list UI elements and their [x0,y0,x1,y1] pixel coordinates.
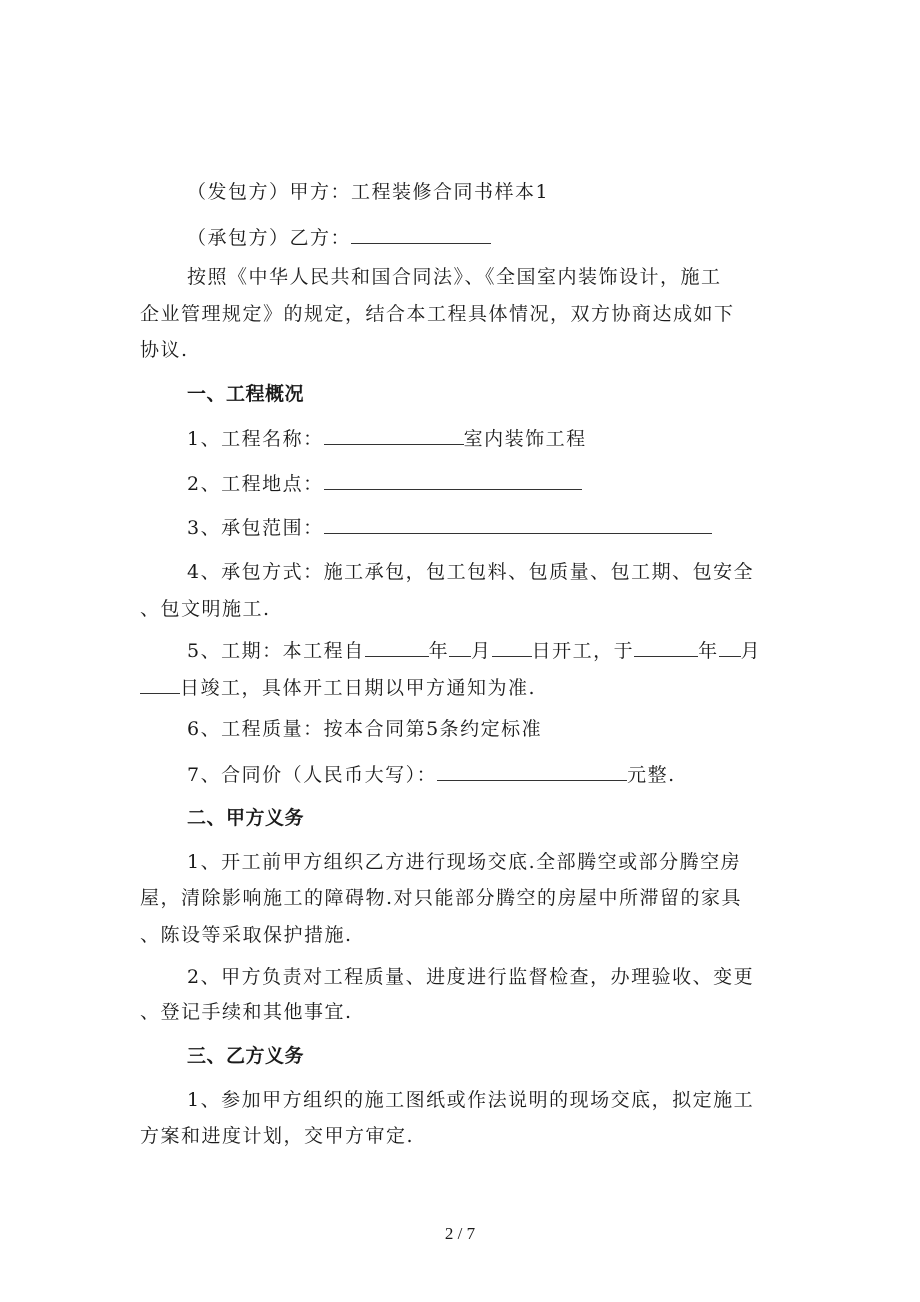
item-1-label: 1、工程名称： [187,428,324,450]
section-2-p1-line-1: 1、开工前甲方组织乙方进行现场交底.全部腾空或部分腾空房 [187,850,741,874]
year-label: 年 [429,640,450,662]
start-month-blank[interactable] [449,638,471,657]
month-label: 月 [471,640,492,662]
item-7-label: 7、合同价（人民币大写）： [187,764,437,786]
start-year-blank[interactable] [365,638,429,657]
end-day-blank[interactable] [140,675,180,694]
item-1-suffix: 室内装饰工程 [464,428,587,450]
party-a-text: （发包方）甲方：工程装修合同书样本1 [187,181,549,203]
project-name-blank[interactable] [324,426,464,445]
party-b-line: （承包方）乙方： [187,225,491,250]
item-7-suffix: 元整. [627,764,676,786]
section-3-p1-line-2: 方案和进度计划，交甲方审定. [140,1124,414,1148]
month-label-2: 月 [741,640,762,662]
party-a-line: （发包方）甲方：工程装修合同书样本1 [187,180,549,204]
intro-line-3: 协议. [140,338,189,362]
party-b-label: （承包方）乙方： [187,227,351,249]
item-4-line-1: 4、承包方式：施工承包，包工包料、包质量、包工期、包安全 [187,560,754,584]
item-3-label: 3、承包范围： [187,517,324,539]
end-month-blank[interactable] [719,638,741,657]
section-3-title: 三、乙方义务 [187,1044,304,1068]
item-1-line: 1、工程名称：室内装饰工程 [187,426,587,451]
item-2-line: 2、工程地点： [187,471,582,496]
end-year-blank[interactable] [634,638,698,657]
section-2-p2-line-2: 、登记手续和其他事宜. [140,1000,353,1024]
item-5-line-1: 5、工期：本工程自年月日开工，于年月 [187,638,761,663]
contract-price-blank[interactable] [437,762,627,781]
section-1-title: 一、工程概况 [187,382,304,406]
document-page: （发包方）甲方：工程装修合同书样本1 （承包方）乙方： 按照《中华人民共和国合同… [0,0,920,1302]
contract-scope-blank[interactable] [324,515,712,534]
intro-line-1: 按照《中华人民共和国合同法》、《全国室内装饰设计，施工 [187,265,722,289]
section-2-p1-line-2: 屋，清除影响施工的障碍物.对只能部分腾空的房屋中所滞留的家具 [140,886,742,910]
section-2-title: 二、甲方义务 [187,806,304,830]
project-location-blank[interactable] [324,471,582,490]
section-2-p2-line-1: 2、甲方负责对工程质量、进度进行监督检查，办理验收、变更 [187,965,754,989]
party-b-blank[interactable] [351,225,491,244]
year-label-2: 年 [698,640,719,662]
item-5-label: 5、工期：本工程自 [187,640,365,662]
page-number: 2 / 7 [0,1224,920,1244]
item-5-line-2: 日竣工，具体开工日期以甲方通知为准. [140,675,536,700]
start-day-label: 日开工，于 [532,640,635,662]
start-day-blank[interactable] [492,638,532,657]
item-2-label: 2、工程地点： [187,473,324,495]
section-3-p1-line-1: 1、参加甲方组织的施工图纸或作法说明的现场交底，拟定施工 [187,1088,754,1112]
item-7-line: 7、合同价（人民币大写）：元整. [187,762,676,787]
item-3-line: 3、承包范围： [187,515,712,540]
item-6-line: 6、工程质量：按本合同第5条约定标准 [187,717,542,741]
item-4-line-2: 、包文明施工. [140,597,271,621]
item-5-completion-text: 日竣工，具体开工日期以甲方通知为准. [180,677,536,699]
intro-line-2: 企业管理规定》的规定，结合本工程具体情况，双方协商达成如下 [140,302,735,326]
section-2-p1-line-3: 、陈设等采取保护措施. [140,923,353,947]
